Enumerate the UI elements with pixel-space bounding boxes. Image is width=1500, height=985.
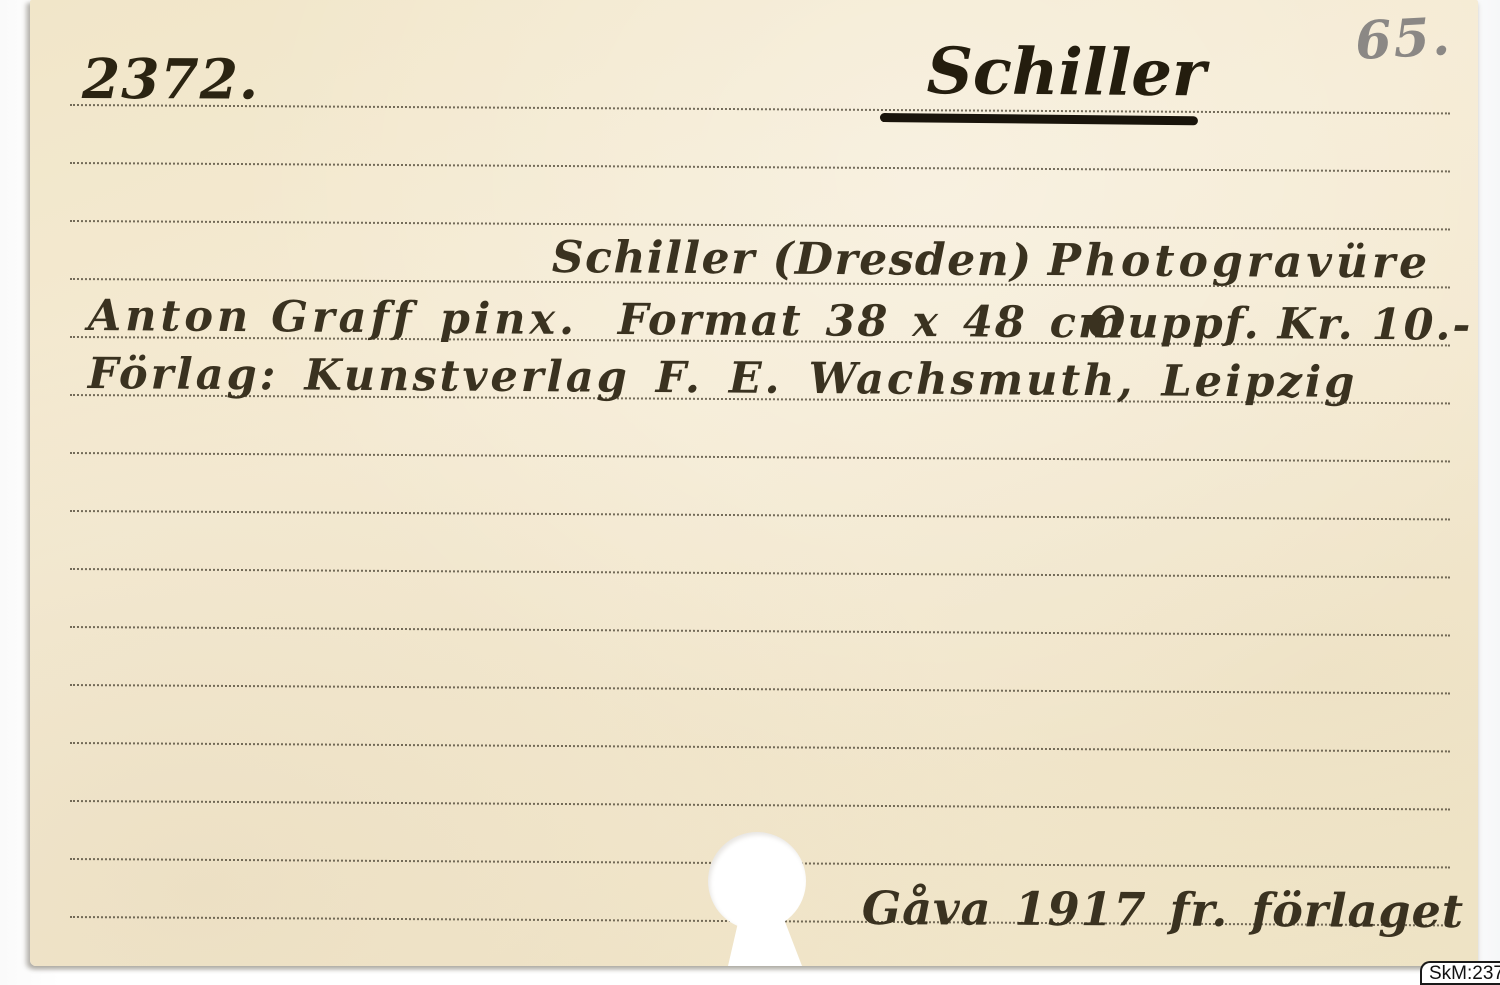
ruled-line	[70, 104, 1450, 114]
publisher-line: Förlag: Kunstverlag F. E. Wachsmuth, Lei…	[88, 353, 1358, 405]
ruled-line	[70, 452, 1450, 462]
inventory-number: 2372.	[82, 51, 259, 107]
catalog-stamp-text: SkM:2372	[1429, 963, 1500, 984]
catalog-stamp: SkM:2372	[1420, 961, 1500, 985]
ruled-line	[70, 162, 1450, 172]
ruled-line	[70, 626, 1450, 636]
pinx-label: pinx.	[440, 298, 579, 342]
card-heading: Schiller	[926, 40, 1206, 106]
price-label: Ouppf. Kr. 10.-	[1088, 302, 1473, 348]
ruled-line	[70, 800, 1450, 810]
ruled-line	[70, 568, 1450, 578]
page-number: 65.	[1354, 11, 1453, 68]
format-label: Format 38 x 48 cm	[618, 299, 1126, 346]
ruled-line	[70, 742, 1450, 752]
provenance-line: Gåva 1917 fr. förlaget	[862, 885, 1464, 934]
ruled-line	[70, 684, 1450, 694]
index-card: 2372. Schiller 65. Schiller (Dresden) Ph…	[30, 0, 1478, 966]
medium-label: Photogravüre	[1048, 239, 1432, 286]
artist-name: Anton Graff	[88, 295, 416, 340]
subject-title: Schiller (Dresden)	[552, 236, 1033, 283]
heading-underline	[880, 113, 1198, 125]
scan-background: 2372. Schiller 65. Schiller (Dresden) Ph…	[0, 0, 1500, 985]
ruled-line	[70, 220, 1450, 230]
ruled-line	[70, 510, 1450, 520]
